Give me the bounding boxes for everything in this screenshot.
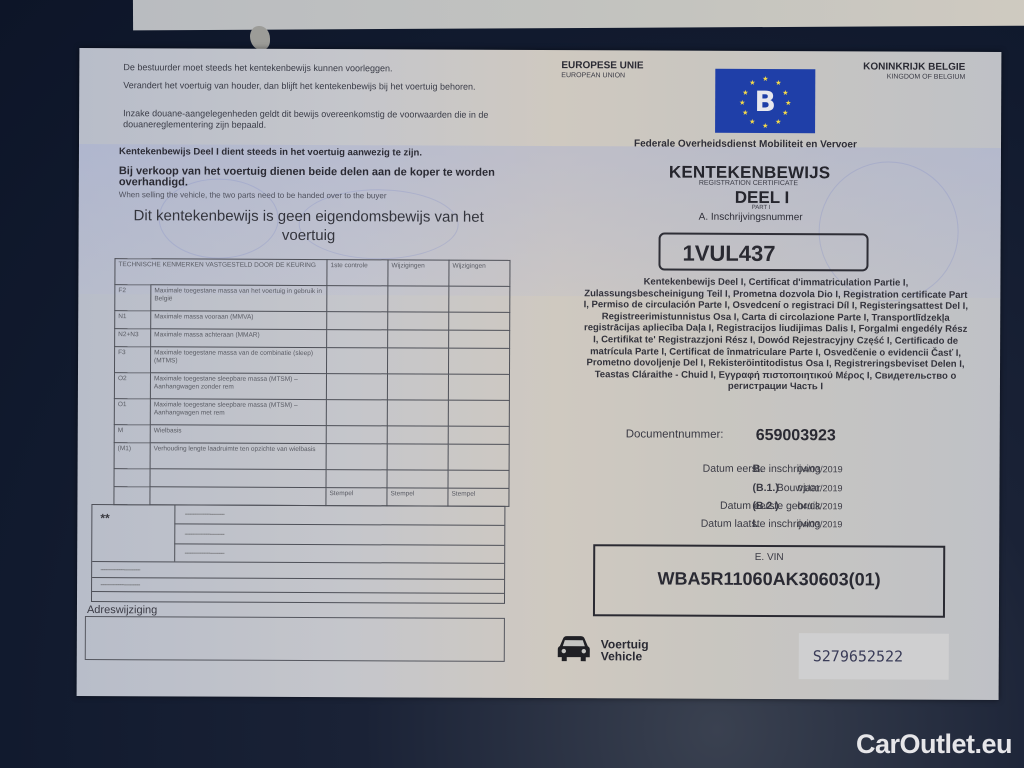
note-owner-change: Verandert het voertuig van houder, dan b… — [123, 80, 513, 93]
table-row: (M1)Verhouding lengte laadruimte ten opz… — [114, 443, 509, 471]
date-row: Datum laatste inschrijving I. 04/03/2019 — [752, 518, 952, 519]
vin-label: E. VIN — [595, 551, 943, 564]
car-icon — [557, 635, 591, 663]
dotted-line: ........................................… — [100, 580, 140, 587]
date-row: Datum eerste inschrijving B. 04/03/2019 — [753, 463, 953, 464]
col-first-check: 1ste controle — [327, 260, 388, 286]
dotted-line: ........................................… — [184, 548, 224, 555]
date-value: 04/03/2019 — [798, 464, 843, 474]
note-sale-en: When selling the vehicle, the two parts … — [119, 189, 387, 201]
dotted-line: ........................................… — [100, 565, 140, 572]
row-code: M — [114, 425, 150, 443]
kingdom-label: KONINKRIJK BELGIE — [863, 61, 965, 72]
serial-box: S279652522 — [799, 633, 949, 680]
row-code: O1 — [114, 399, 150, 425]
row-code: N1 — [115, 311, 151, 329]
date-value: 04/03/2019 — [797, 501, 842, 511]
row-desc: Maximale toegestane massa van het voertu… — [151, 285, 327, 312]
table-row: MWielbasis — [114, 425, 509, 445]
row-desc: Maximale massa achteraan (MMAR) — [151, 329, 327, 348]
part-label-en: PART I — [752, 205, 771, 211]
document-number: 659003923 — [756, 427, 836, 445]
eu-label: EUROPESE UNIE — [561, 60, 643, 71]
document-number-label: Documentnummer: — [626, 428, 724, 440]
tech-table-header: TECHNISCHE KENMERKEN VASTGESTELD DOOR DE… — [115, 259, 327, 286]
registration-number-box: 1VUL437 — [658, 233, 868, 272]
table-row: F3Maximale toegestane massa van de combi… — [115, 347, 510, 375]
no-ownership-notice: Dit kentekenbewijs is geen eigendomsbewi… — [119, 206, 499, 246]
table-row: N1Maximale massa vooraan (MMVA) — [115, 311, 510, 331]
date-code: B. — [753, 463, 764, 475]
note-keep-in-vehicle: Kentekenbewijs Deel I dient steeds in he… — [119, 146, 422, 158]
row-desc: Maximale toegestane sleepbare massa (MTS… — [150, 399, 326, 426]
note-present-certificate: De bestuurder moet steeds het kentekenbe… — [123, 62, 392, 74]
table-row — [114, 469, 509, 489]
stamp-cell: Stempel — [326, 488, 387, 506]
kingdom-label-en: KINGDOM OF BELGIUM — [887, 74, 966, 81]
row-code: O2 — [114, 373, 150, 399]
vin-number: WBA5R11060AK30603(01) — [595, 568, 943, 591]
registration-number: 1VUL437 — [682, 241, 775, 267]
row-code: N2+N3 — [115, 329, 151, 347]
multilingual-title: Kentekenbewijs Deel I, Certificat d'imma… — [583, 276, 969, 394]
table-row: O1Maximale toegestane sleepbare massa (M… — [114, 399, 509, 427]
row-code: F2 — [115, 285, 151, 311]
row-code: (M1) — [114, 443, 150, 469]
technical-table: TECHNISCHE KENMERKEN VASTGESTELD DOOR DE… — [113, 258, 510, 507]
row-desc: Maximale toegestane massa van de combina… — [151, 347, 327, 374]
background-paper — [133, 0, 1024, 30]
date-value: 01/01/2019 — [797, 483, 842, 493]
tape-fragment — [250, 26, 270, 50]
date-code: (B.1.) — [752, 482, 778, 494]
col-changes-2: Wijzigingen — [449, 260, 510, 286]
note-customs: Inzake douane-aangelegenheden geldt dit … — [123, 108, 518, 132]
row-desc: Verhouding lengte laadruimte ten opzicht… — [150, 443, 326, 470]
date-code: (B.2.) — [752, 500, 778, 512]
registration-number-label: A. Inschrijvingsnummer — [699, 212, 803, 223]
row-desc: Maximale massa vooraan (MMVA) — [151, 311, 327, 330]
vin-box: E. VIN WBA5R11060AK30603(01) — [593, 544, 945, 618]
serial-number: S279652522 — [813, 647, 903, 665]
eu-label-en: EUROPEAN UNION — [561, 72, 625, 79]
table-row: N2+N3Maximale massa achteraan (MMAR) — [115, 329, 510, 349]
col-changes-1: Wijzigingen — [388, 260, 449, 286]
holder-box: ** .....................................… — [91, 504, 505, 604]
table-row: F2Maximale toegestane massa van het voer… — [115, 285, 510, 313]
dotted-line: ........................................… — [184, 509, 224, 516]
date-code: I. — [752, 518, 758, 530]
issuing-authority: Federale Overheidsdienst Mobiliteit en V… — [634, 138, 857, 150]
date-row: Bouwjaar (B.1.) 01/01/2019 — [753, 482, 953, 483]
date-row: Datum eerste gebruik (B.2.) 04/03/2019 — [752, 500, 952, 501]
registration-certificate: De bestuurder moet steeds het kentekenbe… — [77, 48, 1002, 700]
row-desc: Wielbasis — [150, 425, 326, 444]
note-sale: Bij verkoop van het voertuig dienen beid… — [119, 166, 499, 190]
date-value: 04/03/2019 — [797, 519, 842, 529]
document-title-en: REGISTRATION CERTIFICATE — [699, 180, 798, 187]
stamp-cell: Stempel — [448, 488, 509, 506]
eu-belgium-flag-icon: B ★ ★ ★ ★ ★ ★ ★ ★ ★ ★ ★ ★ — [715, 69, 815, 133]
row-desc: Maximale toegestane sleepbare massa (MTS… — [150, 373, 326, 400]
row-code: F3 — [115, 347, 151, 373]
dotted-line: ........................................… — [184, 529, 224, 536]
address-change-label: Adreswijziging — [87, 604, 157, 616]
watermark-logo: CarOutlet.eu — [856, 729, 1012, 760]
vehicle-label-en: Vehicle — [601, 649, 642, 663]
stars-marker: ** — [100, 511, 109, 525]
table-row: O2Maximale toegestane sleepbare massa (M… — [114, 373, 509, 401]
address-change-box — [85, 616, 505, 662]
stamp-cell: Stempel — [387, 488, 448, 506]
